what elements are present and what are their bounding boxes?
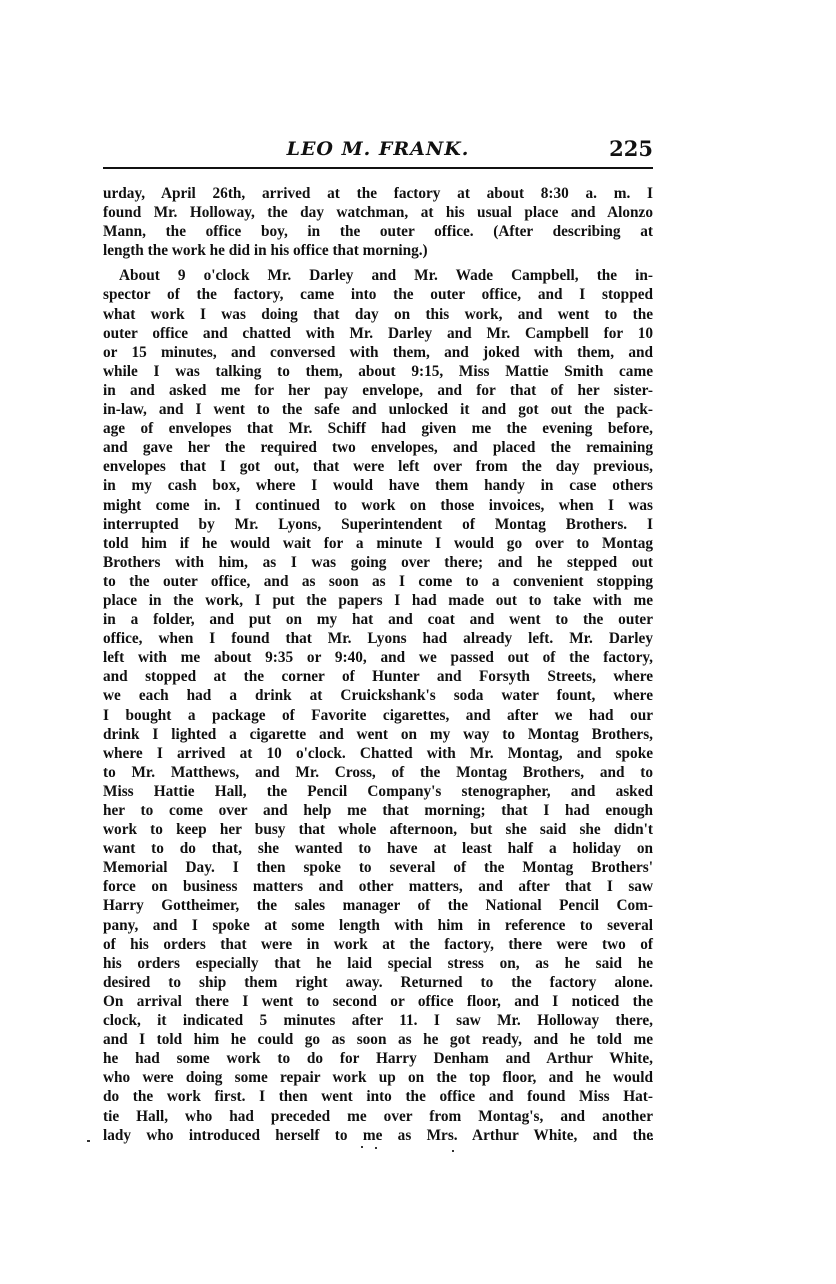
text-line: and stopped at the corner of Hunter and …: [103, 667, 653, 686]
text-line: Mann, the office boy, in the outer offic…: [103, 222, 653, 241]
text-line: Brothers with him, as I was going over t…: [103, 553, 653, 572]
text-line: desired to ship them right away. Returne…: [103, 973, 653, 992]
text-line: in and asked me for her pay envelope, an…: [103, 381, 653, 400]
text-line: I bought a package of Favorite cigarette…: [103, 706, 653, 725]
text-line: length the work he did in his office tha…: [103, 241, 653, 260]
text-line: pany, and I spoke at some length with hi…: [103, 916, 653, 935]
header-rule: [103, 167, 653, 169]
text-line: work to keep her busy that whole afterno…: [103, 820, 653, 839]
text-line: might come in. I continued to work on th…: [103, 496, 653, 515]
text-line: found Mr. Holloway, the day watchman, at…: [103, 203, 653, 222]
text-line: drink I lighted a cigarette and went on …: [103, 725, 653, 744]
text-line: Harry Gottheimer, the sales manager of t…: [103, 896, 653, 915]
text-line: to the outer office, and as soon as I co…: [103, 572, 653, 591]
text-line: want to do that, she wanted to have at l…: [103, 839, 653, 858]
text-line: interrupted by Mr. Lyons, Superintendent…: [103, 515, 653, 534]
text-line: office, when I found that Mr. Lyons had …: [103, 629, 653, 648]
text-line: his orders especially that he laid speci…: [103, 954, 653, 973]
text-line: outer office and chatted with Mr. Darley…: [103, 324, 653, 343]
scan-speck: [452, 1150, 454, 1152]
text-line: About 9 o'clock Mr. Darley and Mr. Wade …: [103, 266, 653, 285]
scan-speck: [375, 1147, 377, 1149]
paragraph: urday, April 26th, arrived at the factor…: [103, 184, 653, 260]
text-line: tie Hall, who had preceded me over from …: [103, 1107, 653, 1126]
text-line: of his orders that were in work at the f…: [103, 935, 653, 954]
text-line: who were doing some repair work up on th…: [103, 1068, 653, 1087]
text-line: and gave her the required two envelopes,…: [103, 438, 653, 457]
text-line: envelopes that I got out, that were left…: [103, 457, 653, 476]
text-line: On arrival there I went to second or off…: [103, 992, 653, 1011]
scan-speck: [87, 1140, 90, 1142]
text-line: in a folder, and put on my hat and coat …: [103, 610, 653, 629]
running-head: LEO M. FRANK. 225: [103, 132, 653, 166]
text-line: he had some work to do for Harry Denham …: [103, 1049, 653, 1068]
text-line: and I told him he could go as soon as he…: [103, 1030, 653, 1049]
text-line: Memorial Day. I then spoke to several of…: [103, 858, 653, 877]
text-line: force on business matters and other matt…: [103, 877, 653, 896]
running-title: LEO M. FRANK.: [103, 138, 653, 160]
body-text: urday, April 26th, arrived at the factor…: [103, 184, 653, 1145]
text-line: or 15 minutes, and conversed with them, …: [103, 343, 653, 362]
text-line: told him if he would wait for a minute I…: [103, 534, 653, 553]
text-line: Miss Hattie Hall, the Pencil Company's s…: [103, 782, 653, 801]
text-line: place in the work, I put the papers I ha…: [103, 591, 653, 610]
text-line: while I was talking to them, about 9:15,…: [103, 362, 653, 381]
text-line: in-law, and I went to the safe and unloc…: [103, 400, 653, 419]
book-page: LEO M. FRANK. 225 urday, April 26th, arr…: [103, 132, 653, 1145]
scan-speck: [651, 1138, 653, 1140]
text-line: do the work first. I then went into the …: [103, 1087, 653, 1106]
text-line: her to come over and help me that mornin…: [103, 801, 653, 820]
text-line: left with me about 9:35 or 9:40, and we …: [103, 648, 653, 667]
text-line: spector of the factory, came into the ou…: [103, 285, 653, 304]
text-line: clock, it indicated 5 minutes after 11. …: [103, 1011, 653, 1030]
text-line: we each had a drink at Cruickshank's sod…: [103, 686, 653, 705]
text-line: where I arrived at 10 o'clock. Chatted w…: [103, 744, 653, 763]
text-line: urday, April 26th, arrived at the factor…: [103, 184, 653, 203]
text-line: in my cash box, where I would have them …: [103, 476, 653, 495]
text-line: what work I was doing that day on this w…: [103, 305, 653, 324]
text-line: to Mr. Matthews, and Mr. Cross, of the M…: [103, 763, 653, 782]
page-number: 225: [609, 136, 653, 161]
text-line: age of envelopes that Mr. Schiff had giv…: [103, 419, 653, 438]
scan-specks: [0, 1136, 836, 1156]
paragraph: About 9 o'clock Mr. Darley and Mr. Wade …: [103, 266, 653, 1144]
scan-speck: [361, 1146, 363, 1148]
